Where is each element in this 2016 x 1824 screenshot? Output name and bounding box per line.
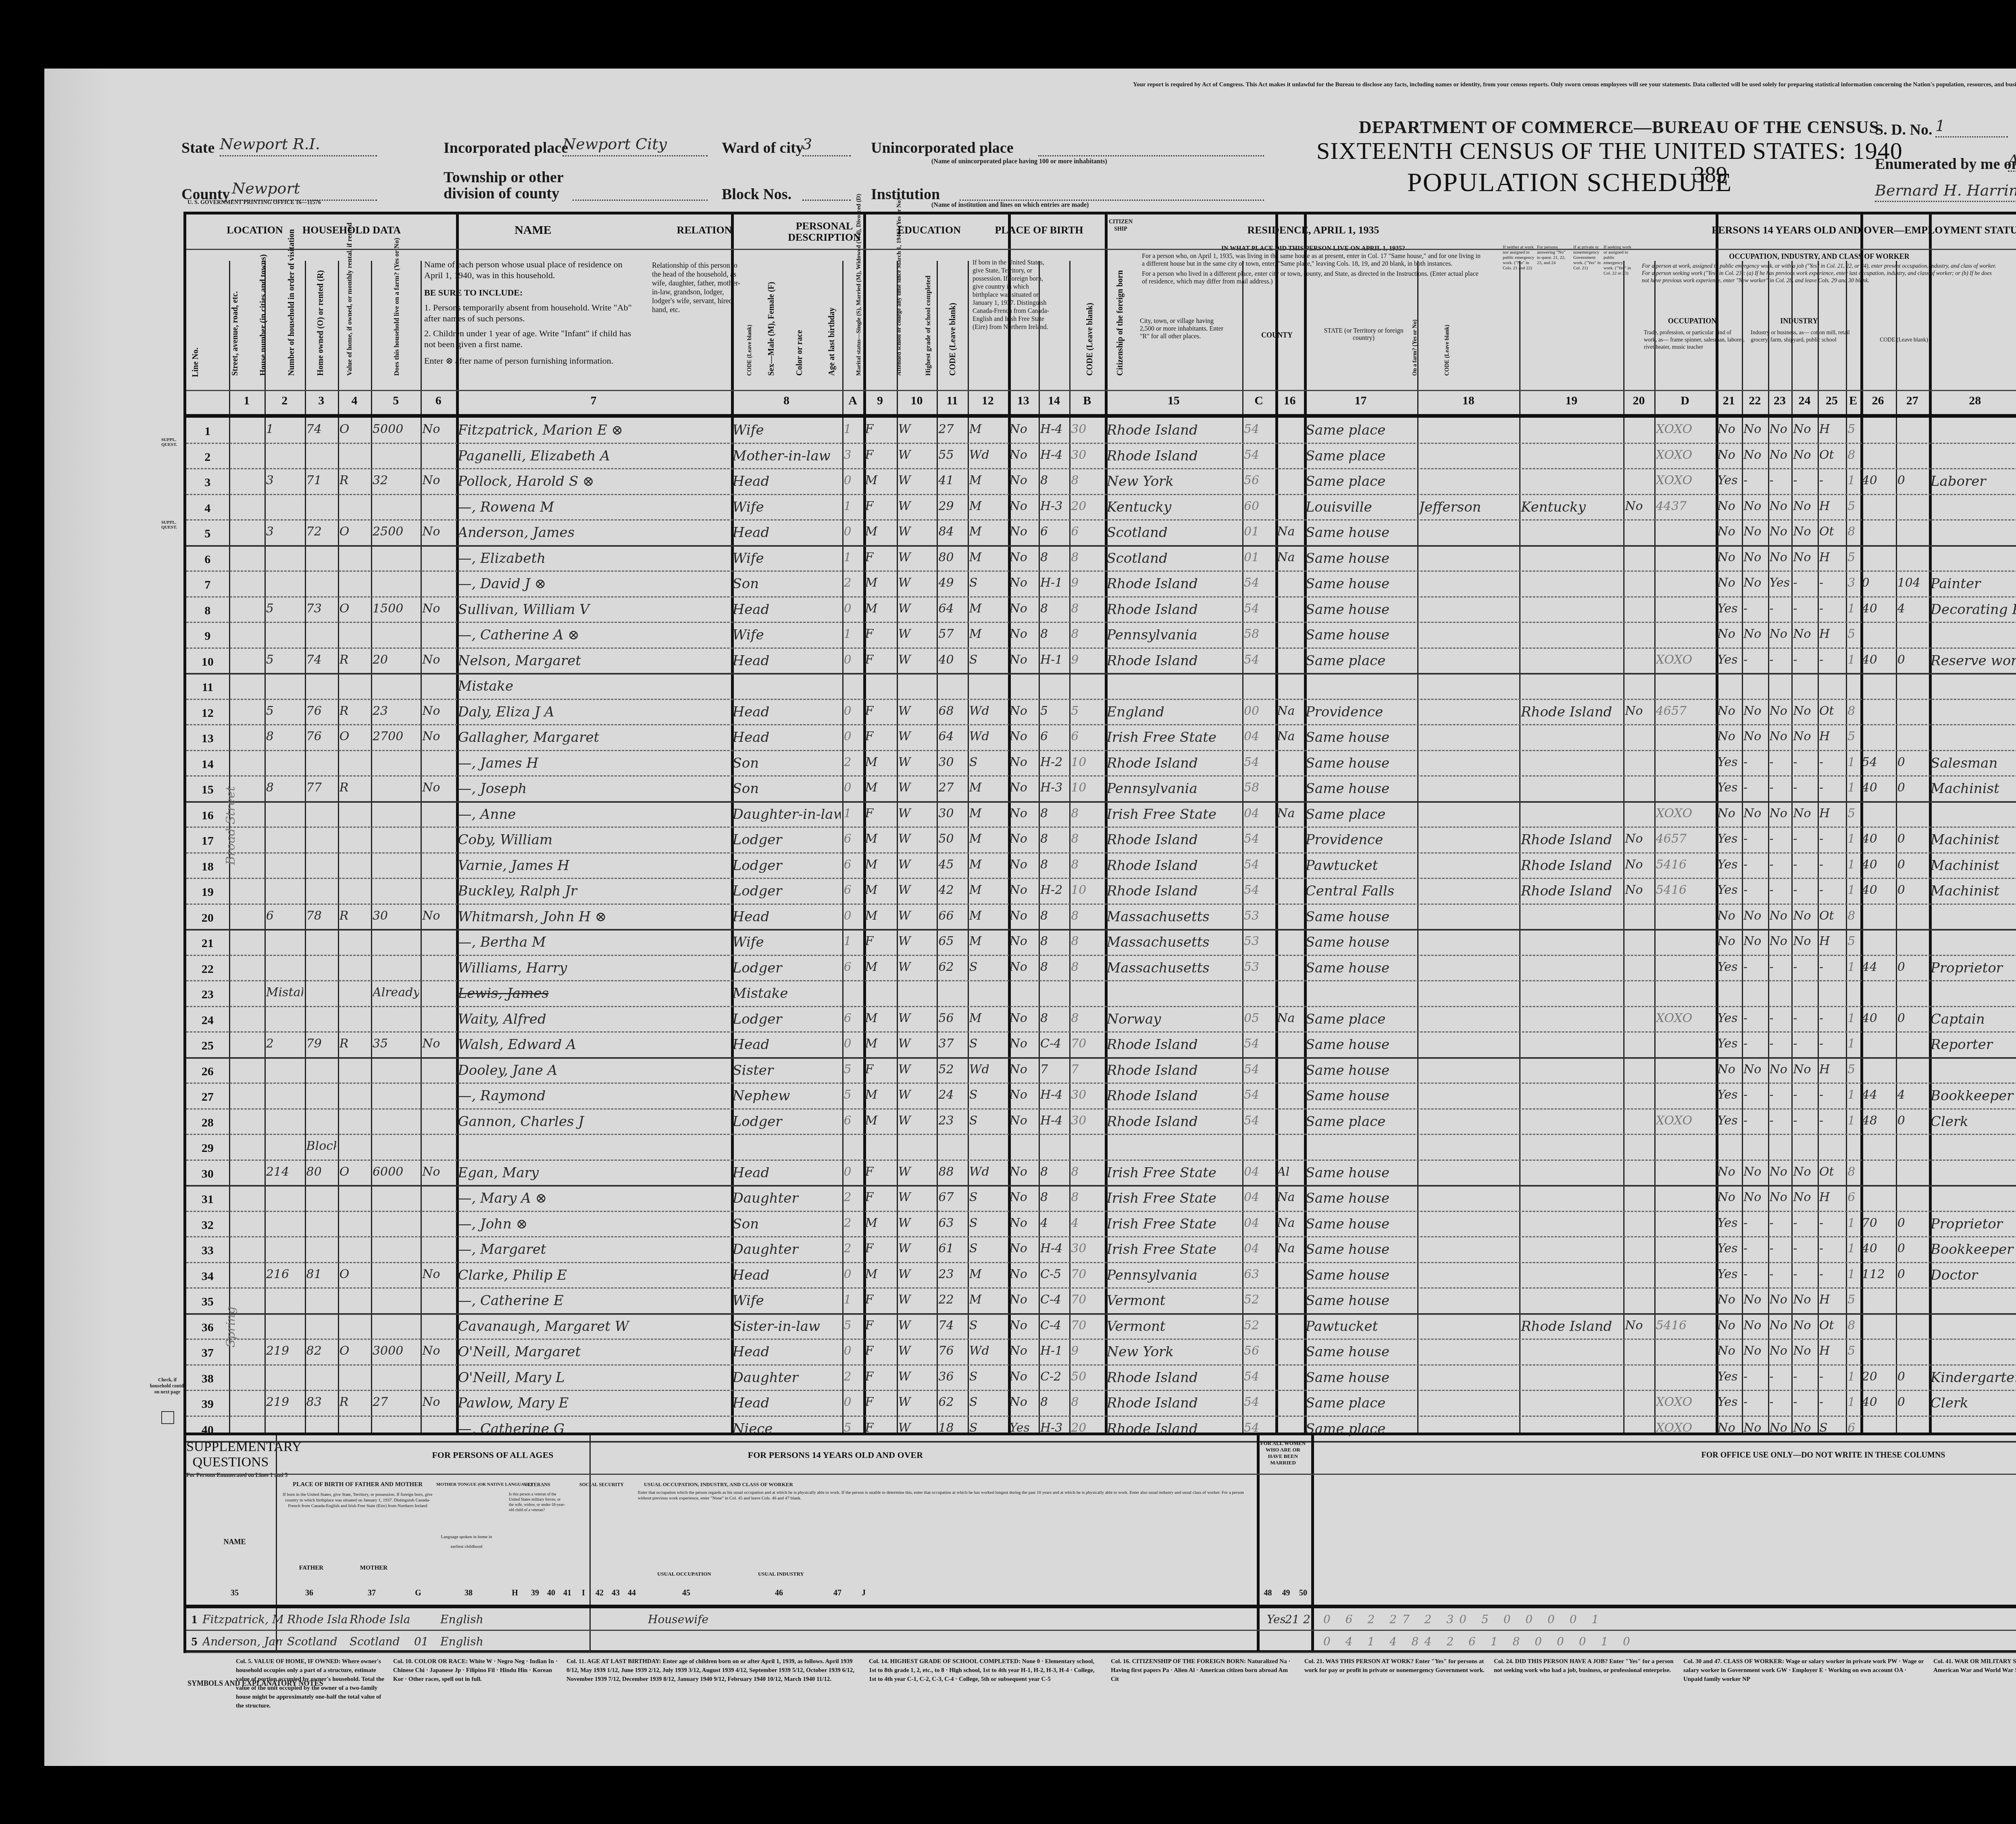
cell-hh[interactable]: 72: [306, 525, 336, 539]
cell-marital[interactable]: S: [969, 1370, 1006, 1384]
cell-sex[interactable]: F: [865, 1165, 895, 1179]
cell-c23[interactable]: No: [1770, 909, 1790, 923]
cell-hh[interactable]: 76: [306, 704, 336, 718]
cell-occupation[interactable]: Salesman: [1931, 755, 2016, 771]
cell-relation[interactable]: Wife: [733, 422, 841, 438]
cell-school[interactable]: No: [1010, 576, 1037, 590]
cell-c22[interactable]: -: [1743, 1267, 1766, 1281]
cell-c22[interactable]: No: [1743, 448, 1766, 462]
cell-age[interactable]: 42: [938, 883, 966, 897]
cell-school[interactable]: No: [1010, 1241, 1037, 1256]
cell-age[interactable]: 65: [938, 934, 966, 948]
cell-codeD[interactable]: 4657: [1656, 704, 1714, 718]
cell-sex[interactable]: F: [865, 422, 895, 436]
cell-c22[interactable]: -: [1743, 1241, 1766, 1256]
cell-c25[interactable]: -: [1819, 1216, 1844, 1230]
cell-codeC[interactable]: 04: [1244, 729, 1274, 743]
cell-relation[interactable]: Head: [733, 1267, 841, 1283]
cell-c23[interactable]: No: [1770, 550, 1790, 564]
cell-grade[interactable]: 8: [1040, 960, 1068, 974]
cell-c21[interactable]: No: [1717, 1344, 1740, 1358]
cell-race[interactable]: W: [898, 755, 935, 769]
cell-res-city[interactable]: Same house: [1306, 1190, 1416, 1206]
cell-race[interactable]: W: [898, 1395, 935, 1409]
cell-race[interactable]: W: [898, 1165, 935, 1179]
cell-sex[interactable]: F: [865, 704, 895, 718]
cell-marital[interactable]: S: [969, 576, 1006, 590]
cell-codeB[interactable]: 30: [1071, 448, 1103, 462]
cell-res-city[interactable]: Same house: [1306, 525, 1416, 541]
cell-own[interactable]: R: [339, 653, 369, 667]
cell-codeE[interactable]: 1: [1847, 858, 1858, 872]
cell-school[interactable]: No: [1010, 1062, 1037, 1076]
cell-c21[interactable]: No: [1717, 1421, 1740, 1435]
cell-house[interactable]: 5: [266, 704, 303, 718]
cell-codeE[interactable]: 1: [1847, 755, 1858, 769]
cell-hours[interactable]: 54: [1862, 755, 1894, 769]
cell-age[interactable]: 61: [938, 1241, 966, 1256]
cell-c24[interactable]: -: [1793, 1216, 1816, 1230]
cell-race[interactable]: W: [898, 602, 935, 616]
cell-race[interactable]: W: [898, 960, 935, 974]
cell-hours[interactable]: 0: [1862, 576, 1894, 590]
cell-codeE[interactable]: 8: [1847, 909, 1858, 923]
cell-weeks-unemp[interactable]: 0: [1897, 1011, 1927, 1025]
cell-race[interactable]: W: [898, 729, 935, 743]
cell-codeA[interactable]: 0: [844, 1267, 862, 1281]
cell-name[interactable]: —, James H: [458, 755, 729, 771]
cell-name[interactable]: Buckley, Ralph Jr: [458, 883, 729, 899]
cell-occupation[interactable]: Bookkeeper: [1931, 1241, 2016, 1258]
cell-sex[interactable]: M: [865, 1216, 895, 1230]
cell-codeA[interactable]: 2: [844, 1190, 862, 1204]
cell-c21[interactable]: No: [1717, 448, 1740, 462]
cell-res-city[interactable]: Same place: [1306, 806, 1416, 822]
institution-field[interactable]: [960, 181, 1264, 201]
cell-c25[interactable]: Ot: [1819, 525, 1844, 539]
cell-hours[interactable]: 70: [1862, 1216, 1894, 1230]
cell-sex[interactable]: M: [865, 602, 895, 616]
cell-codeB[interactable]: 8: [1071, 806, 1103, 820]
cell-codeA[interactable]: 0: [844, 909, 862, 923]
cell-codeB[interactable]: 10: [1071, 781, 1103, 795]
cell-codeB[interactable]: 30: [1071, 1088, 1103, 1102]
cell-race[interactable]: W: [898, 1088, 935, 1102]
cell-marital[interactable]: M: [969, 422, 1006, 436]
cell-c24[interactable]: No: [1793, 550, 1816, 564]
cell-name[interactable]: Dooley, Jane A: [458, 1062, 729, 1079]
cell-c24[interactable]: -: [1793, 1395, 1816, 1409]
cell-house[interactable]: 216: [266, 1267, 303, 1281]
cell-c21[interactable]: Yes: [1717, 755, 1740, 769]
cell-weeks-unemp[interactable]: 4: [1897, 602, 1927, 616]
cell-c25[interactable]: -: [1819, 1011, 1844, 1025]
cell-own[interactable]: R: [339, 781, 369, 795]
cell-c24[interactable]: -: [1793, 653, 1816, 667]
cell-farm[interactable]: No: [422, 1344, 454, 1358]
cell-c21[interactable]: Yes: [1717, 781, 1740, 795]
cell-res-city[interactable]: Central Falls: [1306, 883, 1416, 899]
cell-relation[interactable]: Mistake: [733, 985, 841, 1002]
cell-c21[interactable]: Yes: [1717, 858, 1740, 872]
cell-own[interactable]: R: [339, 1037, 369, 1051]
cell-codeB[interactable]: 70: [1071, 1318, 1103, 1333]
cell-codeE[interactable]: 1: [1847, 1114, 1858, 1128]
cell-res-city[interactable]: Same house: [1306, 1293, 1416, 1309]
cell-codeB[interactable]: 30: [1071, 1241, 1103, 1256]
cell-age[interactable]: 37: [938, 1037, 966, 1051]
cell-c24[interactable]: -: [1793, 1088, 1816, 1102]
cell-codeA[interactable]: 0: [844, 473, 862, 487]
cell-c25[interactable]: H: [1819, 806, 1844, 820]
cell-hh[interactable]: 78: [306, 909, 336, 923]
cell-res-state[interactable]: Rhode Island: [1521, 858, 1622, 874]
cell-age[interactable]: 29: [938, 499, 966, 513]
block-field[interactable]: [802, 181, 851, 201]
cell-sex[interactable]: F: [865, 729, 895, 743]
cell-race[interactable]: W: [898, 627, 935, 641]
cell-name[interactable]: —, Raymond: [458, 1088, 729, 1104]
cell-value[interactable]: 3000: [373, 1344, 419, 1358]
cell-c25[interactable]: -: [1819, 576, 1844, 590]
cell-codeE[interactable]: 5: [1847, 1062, 1858, 1076]
cell-codeA[interactable]: 0: [844, 1395, 862, 1409]
cell-age[interactable]: 30: [938, 806, 966, 820]
cell-grade[interactable]: 8: [1040, 473, 1068, 487]
cell-res-city[interactable]: Same place: [1306, 422, 1416, 438]
cell-weeks-unemp[interactable]: 0: [1897, 1395, 1927, 1409]
cell-c21[interactable]: Yes: [1717, 1088, 1740, 1102]
cell-race[interactable]: W: [898, 934, 935, 948]
enumerator-field[interactable]: Bernard H. Harrington: [1875, 181, 2016, 202]
cell-res-city[interactable]: Same house: [1306, 934, 1416, 950]
cell-codeE[interactable]: 1: [1847, 1216, 1858, 1230]
cell-school[interactable]: No: [1010, 1011, 1037, 1025]
cell-age[interactable]: 22: [938, 1293, 966, 1307]
cell-codeD[interactable]: 5416: [1656, 883, 1714, 897]
cell-codeC[interactable]: 01: [1244, 550, 1274, 564]
cell-hh[interactable]: 80: [306, 1165, 336, 1179]
cell-c25[interactable]: Ot: [1819, 448, 1844, 462]
cell-value[interactable]: 35: [373, 1037, 419, 1051]
cell-hh[interactable]: 82: [306, 1344, 336, 1358]
cell-c22[interactable]: No: [1743, 1318, 1766, 1333]
cell-relation[interactable]: Sister-in-law: [733, 1318, 841, 1335]
cell-c24[interactable]: No: [1793, 1190, 1816, 1204]
cell-school[interactable]: No: [1010, 883, 1037, 897]
cell-birth[interactable]: Vermont: [1106, 1293, 1241, 1309]
cell-res-city[interactable]: Same house: [1306, 1344, 1416, 1360]
cell-birth[interactable]: Rhode Island: [1106, 448, 1241, 464]
cell-weeks-unemp[interactable]: 0: [1897, 832, 1927, 846]
cell-codeC[interactable]: 54: [1244, 576, 1274, 590]
cell-c25[interactable]: -: [1819, 755, 1844, 769]
cell-birth[interactable]: Rhode Island: [1106, 755, 1241, 771]
cell-marital[interactable]: S: [969, 1216, 1006, 1230]
cell-c25[interactable]: -: [1819, 960, 1844, 974]
cell-race[interactable]: W: [898, 576, 935, 590]
cell-codeE[interactable]: 1: [1847, 832, 1858, 846]
cell-c24[interactable]: -: [1793, 832, 1816, 846]
cell-c25[interactable]: Ot: [1819, 1318, 1844, 1333]
cell-codeA[interactable]: 6: [844, 1011, 862, 1025]
cell-res-county[interactable]: Jefferson: [1419, 499, 1518, 515]
cell-value[interactable]: 27: [373, 1395, 419, 1409]
cell-birth[interactable]: Massachusetts: [1106, 909, 1241, 925]
cell-school[interactable]: No: [1010, 832, 1037, 846]
cell-codeE[interactable]: 8: [1847, 704, 1858, 718]
cell-race[interactable]: W: [898, 1344, 935, 1358]
cell-weeks-unemp[interactable]: 0: [1897, 1370, 1927, 1384]
cell-weeks-unemp[interactable]: 0: [1897, 473, 1927, 487]
cell-weeks-unemp[interactable]: 0: [1897, 781, 1927, 795]
cell-c24[interactable]: -: [1793, 576, 1816, 590]
cell-relation[interactable]: Head: [733, 473, 841, 489]
cell-age[interactable]: 55: [938, 448, 966, 462]
cell-c21[interactable]: Yes: [1717, 832, 1740, 846]
cell-marital[interactable]: M: [969, 1267, 1006, 1281]
cell-school[interactable]: No: [1010, 422, 1037, 436]
cell-codeB[interactable]: 7: [1071, 1062, 1103, 1076]
cell-codeC[interactable]: 54: [1244, 1037, 1274, 1051]
cell-school[interactable]: No: [1010, 550, 1037, 564]
household-continued-checkbox[interactable]: [161, 1411, 174, 1424]
cell-hh[interactable]: 76: [306, 729, 336, 743]
supp-cell-married-once[interactable]: Yes: [1267, 1613, 1285, 1626]
cell-c22[interactable]: No: [1743, 525, 1766, 539]
cell-c23[interactable]: -: [1770, 1267, 1790, 1281]
cell-house[interactable]: 219: [266, 1395, 303, 1409]
cell-hours[interactable]: 40: [1862, 858, 1894, 872]
cell-codeA[interactable]: 2: [844, 1370, 862, 1384]
cell-marital[interactable]: M: [969, 499, 1006, 513]
cell-codeB[interactable]: 30: [1071, 422, 1103, 436]
cell-c24[interactable]: -: [1793, 883, 1816, 897]
cell-house[interactable]: 219: [266, 1344, 303, 1358]
cell-marital[interactable]: S: [969, 1037, 1006, 1051]
cell-relation[interactable]: Lodger: [733, 1114, 841, 1130]
cell-codeE[interactable]: 8: [1847, 1165, 1858, 1179]
cell-res-city[interactable]: Pawtucket: [1306, 858, 1416, 874]
cell-codeE[interactable]: 8: [1847, 525, 1858, 539]
cell-value[interactable]: 6000: [373, 1165, 419, 1179]
cell-c23[interactable]: -: [1770, 653, 1790, 667]
cell-farm[interactable]: No: [422, 1165, 454, 1179]
cell-hh[interactable]: 77: [306, 781, 336, 795]
cell-race[interactable]: W: [898, 832, 935, 846]
cell-c24[interactable]: -: [1793, 755, 1816, 769]
cell-c24[interactable]: No: [1793, 1344, 1816, 1358]
cell-citizen[interactable]: Al: [1277, 1165, 1302, 1179]
sd-field[interactable]: 1: [1935, 117, 2008, 137]
cell-c25[interactable]: -: [1819, 1114, 1844, 1128]
cell-hours[interactable]: 40: [1862, 473, 1894, 487]
cell-c22[interactable]: No: [1743, 704, 1766, 718]
cell-res-state[interactable]: Kentucky: [1521, 499, 1622, 515]
cell-codeE[interactable]: 5: [1847, 422, 1858, 436]
cell-sex[interactable]: M: [865, 832, 895, 846]
cell-codeC[interactable]: 54: [1244, 858, 1274, 872]
cell-c22[interactable]: No: [1743, 909, 1766, 923]
cell-name[interactable]: —, Margaret: [458, 1241, 729, 1258]
cell-c24[interactable]: -: [1793, 1037, 1816, 1051]
cell-name[interactable]: Pawlow, Mary E: [458, 1395, 729, 1411]
cell-own[interactable]: R: [339, 704, 369, 718]
cell-codeA[interactable]: 0: [844, 704, 862, 718]
cell-occupation[interactable]: Reporter: [1931, 1037, 2016, 1053]
cell-relation[interactable]: Lodger: [733, 1011, 841, 1027]
cell-school[interactable]: No: [1010, 704, 1037, 718]
cell-codeA[interactable]: 0: [844, 729, 862, 743]
cell-occupation[interactable]: Doctor: [1931, 1267, 2016, 1283]
cell-name[interactable]: —, David J ⊗: [458, 576, 729, 592]
cell-name[interactable]: —, Joseph: [458, 781, 729, 797]
cell-birth[interactable]: Pennsylvania: [1106, 781, 1241, 797]
cell-codeC[interactable]: 54: [1244, 1421, 1274, 1435]
cell-marital[interactable]: Wd: [969, 1062, 1006, 1076]
cell-grade[interactable]: H-4: [1040, 1241, 1068, 1256]
cell-codeA[interactable]: 0: [844, 1165, 862, 1179]
cell-c24[interactable]: No: [1793, 704, 1816, 718]
cell-res-city[interactable]: Same house: [1306, 1216, 1416, 1232]
cell-c22[interactable]: -: [1743, 1011, 1766, 1025]
cell-codeB[interactable]: 8: [1071, 627, 1103, 641]
cell-hours[interactable]: 44: [1862, 960, 1894, 974]
cell-codeD[interactable]: 5416: [1656, 1318, 1714, 1333]
cell-name[interactable]: —, Anne: [458, 806, 729, 822]
cell-codeE[interactable]: 5: [1847, 499, 1858, 513]
cell-race[interactable]: W: [898, 1114, 935, 1128]
cell-weeks-unemp[interactable]: 4: [1897, 1088, 1927, 1102]
cell-res-city[interactable]: Same house: [1306, 550, 1416, 566]
cell-res-city[interactable]: Same house: [1306, 729, 1416, 745]
cell-house[interactable]: Mistake: [266, 985, 303, 999]
cell-name[interactable]: Gannon, Charles J: [458, 1114, 729, 1130]
cell-codeE[interactable]: 1: [1847, 960, 1858, 974]
cell-relation[interactable]: Lodger: [733, 858, 841, 874]
cell-codeD[interactable]: 5416: [1656, 858, 1714, 872]
cell-c22[interactable]: No: [1743, 422, 1766, 436]
cell-codeC[interactable]: 04: [1244, 1241, 1274, 1256]
cell-relation[interactable]: Nephew: [733, 1088, 841, 1104]
cell-codeA[interactable]: 0: [844, 781, 862, 795]
cell-codeB[interactable]: 8: [1071, 1165, 1103, 1179]
cell-occupation[interactable]: Machinist: [1931, 858, 2016, 874]
cell-value[interactable]: 1500: [373, 602, 419, 616]
cell-marital[interactable]: M: [969, 525, 1006, 539]
cell-c23[interactable]: No: [1770, 525, 1790, 539]
cell-res-city[interactable]: Same place: [1306, 1011, 1416, 1027]
cell-c21[interactable]: Yes: [1717, 653, 1740, 667]
cell-codeE[interactable]: 1: [1847, 1241, 1858, 1256]
cell-occupation[interactable]: Reserve worker: [1931, 653, 2016, 669]
cell-race[interactable]: W: [898, 1318, 935, 1333]
cell-relation[interactable]: Wife: [733, 550, 841, 566]
cell-codeA[interactable]: 0: [844, 1037, 862, 1051]
cell-c23[interactable]: -: [1770, 883, 1790, 897]
ward-field[interactable]: 3: [802, 135, 851, 156]
cell-marital[interactable]: Wd: [969, 729, 1006, 743]
cell-codeA[interactable]: 5: [844, 1088, 862, 1102]
cell-res-state[interactable]: Rhode Island: [1521, 832, 1622, 848]
cell-res-city[interactable]: Same house: [1306, 1241, 1416, 1258]
cell-c25[interactable]: -: [1819, 883, 1844, 897]
cell-occupation[interactable]: Proprietor: [1931, 960, 2016, 976]
cell-relation[interactable]: Daughter: [733, 1370, 841, 1386]
cell-marital[interactable]: S: [969, 1421, 1006, 1435]
cell-name[interactable]: Whitmarsh, John H ⊗: [458, 909, 729, 925]
cell-grade[interactable]: 6: [1040, 525, 1068, 539]
cell-c23[interactable]: No: [1770, 934, 1790, 948]
cell-hours[interactable]: 40: [1862, 1395, 1894, 1409]
cell-grade[interactable]: H-1: [1040, 653, 1068, 667]
cell-c25[interactable]: -: [1819, 1267, 1844, 1281]
cell-c21[interactable]: No: [1717, 934, 1740, 948]
cell-own[interactable]: O: [339, 1267, 369, 1281]
cell-c25[interactable]: -: [1819, 858, 1844, 872]
cell-grade[interactable]: H-3: [1040, 781, 1068, 795]
cell-birth[interactable]: Irish Free State: [1106, 729, 1241, 745]
cell-name[interactable]: O'Neill, Margaret: [458, 1344, 729, 1360]
cell-race[interactable]: W: [898, 1011, 935, 1025]
cell-value[interactable]: 32: [373, 473, 419, 487]
cell-c25[interactable]: H: [1819, 729, 1844, 743]
cell-birth[interactable]: Kentucky: [1106, 499, 1241, 515]
cell-age[interactable]: 23: [938, 1267, 966, 1281]
cell-race[interactable]: W: [898, 883, 935, 897]
cell-codeA[interactable]: 5: [844, 1318, 862, 1333]
cell-res-city[interactable]: Louisville: [1306, 499, 1416, 515]
cell-name[interactable]: Fitzpatrick, Marion E ⊗: [458, 422, 729, 438]
cell-school[interactable]: No: [1010, 1216, 1037, 1230]
cell-res-city[interactable]: Same place: [1306, 473, 1416, 489]
cell-birth[interactable]: Massachusetts: [1106, 934, 1241, 950]
cell-codeE[interactable]: 3: [1847, 576, 1858, 590]
cell-marital[interactable]: M: [969, 1011, 1006, 1025]
enumerated-date-field[interactable]: April 6th: [2008, 151, 2016, 172]
cell-relation[interactable]: Son: [733, 755, 841, 771]
cell-own[interactable]: O: [339, 422, 369, 436]
cell-codeC[interactable]: 53: [1244, 960, 1274, 974]
cell-codeA[interactable]: 2: [844, 576, 862, 590]
cell-res-city[interactable]: Same house: [1306, 909, 1416, 925]
cell-c23[interactable]: No: [1770, 499, 1790, 513]
cell-race[interactable]: W: [898, 806, 935, 820]
cell-race[interactable]: W: [898, 1190, 935, 1204]
cell-name[interactable]: Nelson, Margaret: [458, 653, 729, 669]
cell-sex[interactable]: F: [865, 1395, 895, 1409]
cell-birth[interactable]: Rhode Island: [1106, 1114, 1241, 1130]
cell-school[interactable]: No: [1010, 1190, 1037, 1204]
cell-citizen[interactable]: Na: [1277, 1011, 1302, 1025]
cell-birth[interactable]: Irish Free State: [1106, 1165, 1241, 1181]
cell-birth[interactable]: Irish Free State: [1106, 1190, 1241, 1206]
cell-occupation[interactable]: Clerk: [1931, 1114, 2016, 1130]
cell-codeC[interactable]: 54: [1244, 883, 1274, 897]
cell-school[interactable]: No: [1010, 1395, 1037, 1409]
cell-relation[interactable]: Sister: [733, 1062, 841, 1079]
cell-c22[interactable]: No: [1743, 1165, 1766, 1179]
cell-sex[interactable]: M: [865, 525, 895, 539]
cell-hh[interactable]: 83: [306, 1395, 336, 1409]
cell-c21[interactable]: Yes: [1717, 1370, 1740, 1384]
cell-c24[interactable]: -: [1793, 1267, 1816, 1281]
cell-grade[interactable]: C-2: [1040, 1370, 1068, 1384]
cell-c25[interactable]: -: [1819, 1088, 1844, 1102]
cell-own[interactable]: R: [339, 1395, 369, 1409]
cell-marital[interactable]: M: [969, 550, 1006, 564]
cell-c25[interactable]: -: [1819, 473, 1844, 487]
